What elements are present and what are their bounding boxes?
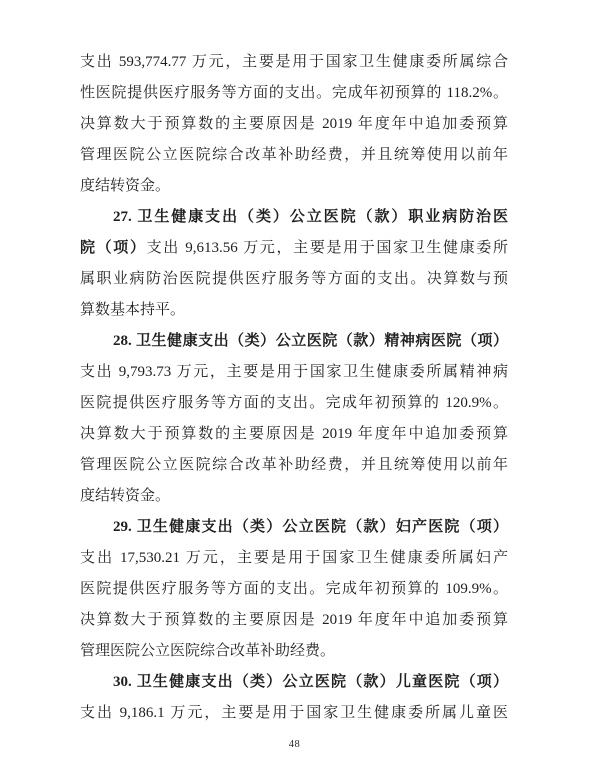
text-line-5: 度结转资金。	[80, 171, 508, 202]
text-line-22: 支出 9,186.1 万元，主要是用于国家卫生健康委所属儿童医	[80, 698, 508, 729]
text-segment: 管理医院公立医院综合改革补助经费，并且统筹使用以前年	[80, 147, 508, 163]
document-page: 支出 593,774.77 万元，主要是用于国家卫生健康委所属综合性医院提供医疗…	[0, 0, 589, 765]
text-segment: 决算数大于预算数的主要原因是 2019 年度年中追加委预算	[80, 116, 508, 132]
text-segment: 支出 9,613.56 万元，主要是用于国家卫生健康委所	[147, 240, 508, 256]
text-line-11: 支出 9,793.73 万元，主要是用于国家卫生健康委所属精神病	[80, 357, 508, 388]
text-segment: 支出 9,186.1 万元，主要是用于国家卫生健康委所属儿童医	[80, 705, 508, 721]
text-line-21: 30. 卫生健康支出（类）公立医院（款）儿童医院（项）	[80, 667, 508, 698]
text-line-15: 度结转资金。	[80, 481, 508, 512]
text-segment: 决算数大于预算数的主要原因是 2019 年度年中追加委预算	[80, 612, 508, 628]
text-line-16: 29. 卫生健康支出（类）公立医院（款）妇产医院（项）	[80, 512, 508, 543]
page-number: 48	[0, 739, 589, 750]
text-line-9: 算数基本持平。	[80, 295, 508, 326]
text-line-3: 决算数大于预算数的主要原因是 2019 年度年中追加委预算	[80, 109, 508, 140]
text-segment: 医院提供医疗服务等方面的支出。完成年初预算的 120.9%。	[80, 395, 508, 411]
text-segment: 管理医院公立医院综合改革补助经费。	[80, 643, 335, 659]
text-line-7: 院（项）支出 9,613.56 万元，主要是用于国家卫生健康委所	[80, 233, 508, 264]
text-segment: 度结转资金。	[80, 488, 170, 504]
text-segment: 管理医院公立医院综合改革补助经费，并且统筹使用以前年	[80, 457, 508, 473]
text-line-2: 性医院提供医疗服务等方面的支出。完成年初预算的 118.2%。	[80, 78, 508, 109]
text-line-12: 医院提供医疗服务等方面的支出。完成年初预算的 120.9%。	[80, 388, 508, 419]
text-segment: 支出 17,530.21 万元，主要是用于国家卫生健康委所属妇产	[80, 550, 508, 566]
text-segment: 决算数大于预算数的主要原因是 2019 年度年中追加委预算	[80, 426, 508, 442]
text-segment: 性医院提供医疗服务等方面的支出。完成年初预算的 118.2%。	[80, 85, 508, 101]
text-line-10: 28. 卫生健康支出（类）公立医院（款）精神病医院（项）	[80, 326, 508, 357]
text-segment: 支出 593,774.77 万元，主要是用于国家卫生健康委所属综合	[80, 54, 508, 70]
text-line-4: 管理医院公立医院综合改革补助经费，并且统筹使用以前年	[80, 140, 508, 171]
text-segment: 算数基本持平。	[80, 302, 185, 318]
bold-text-segment: 28. 卫生健康支出（类）公立医院（款）精神病医院（项）	[113, 333, 508, 349]
text-line-6: 27. 卫生健康支出（类）公立医院（款）职业病防治医	[80, 202, 508, 233]
bold-text-segment: 30. 卫生健康支出（类）公立医院（款）儿童医院（项）	[113, 674, 508, 690]
text-line-18: 医院提供医疗服务等方面的支出。完成年初预算的 109.9%。	[80, 574, 508, 605]
text-line-19: 决算数大于预算数的主要原因是 2019 年度年中追加委预算	[80, 605, 508, 636]
text-line-14: 管理医院公立医院综合改革补助经费，并且统筹使用以前年	[80, 450, 508, 481]
text-line-13: 决算数大于预算数的主要原因是 2019 年度年中追加委预算	[80, 419, 508, 450]
text-segment: 度结转资金。	[80, 178, 170, 194]
text-line-8: 属职业病防治医院提供医疗服务等方面的支出。决算数与预	[80, 264, 508, 295]
document-text-block: 支出 593,774.77 万元，主要是用于国家卫生健康委所属综合性医院提供医疗…	[80, 47, 508, 729]
text-segment: 属职业病防治医院提供医疗服务等方面的支出。决算数与预	[80, 271, 508, 287]
text-segment: 支出 9,793.73 万元，主要是用于国家卫生健康委所属精神病	[80, 364, 508, 380]
bold-text-segment: 院（项）	[80, 240, 147, 256]
bold-text-segment: 27. 卫生健康支出（类）公立医院（款）职业病防治医	[113, 209, 508, 225]
text-line-1: 支出 593,774.77 万元，主要是用于国家卫生健康委所属综合	[80, 47, 508, 78]
text-line-17: 支出 17,530.21 万元，主要是用于国家卫生健康委所属妇产	[80, 543, 508, 574]
text-line-20: 管理医院公立医院综合改革补助经费。	[80, 636, 508, 667]
bold-text-segment: 29. 卫生健康支出（类）公立医院（款）妇产医院（项）	[113, 519, 508, 535]
text-segment: 医院提供医疗服务等方面的支出。完成年初预算的 109.9%。	[80, 581, 508, 597]
